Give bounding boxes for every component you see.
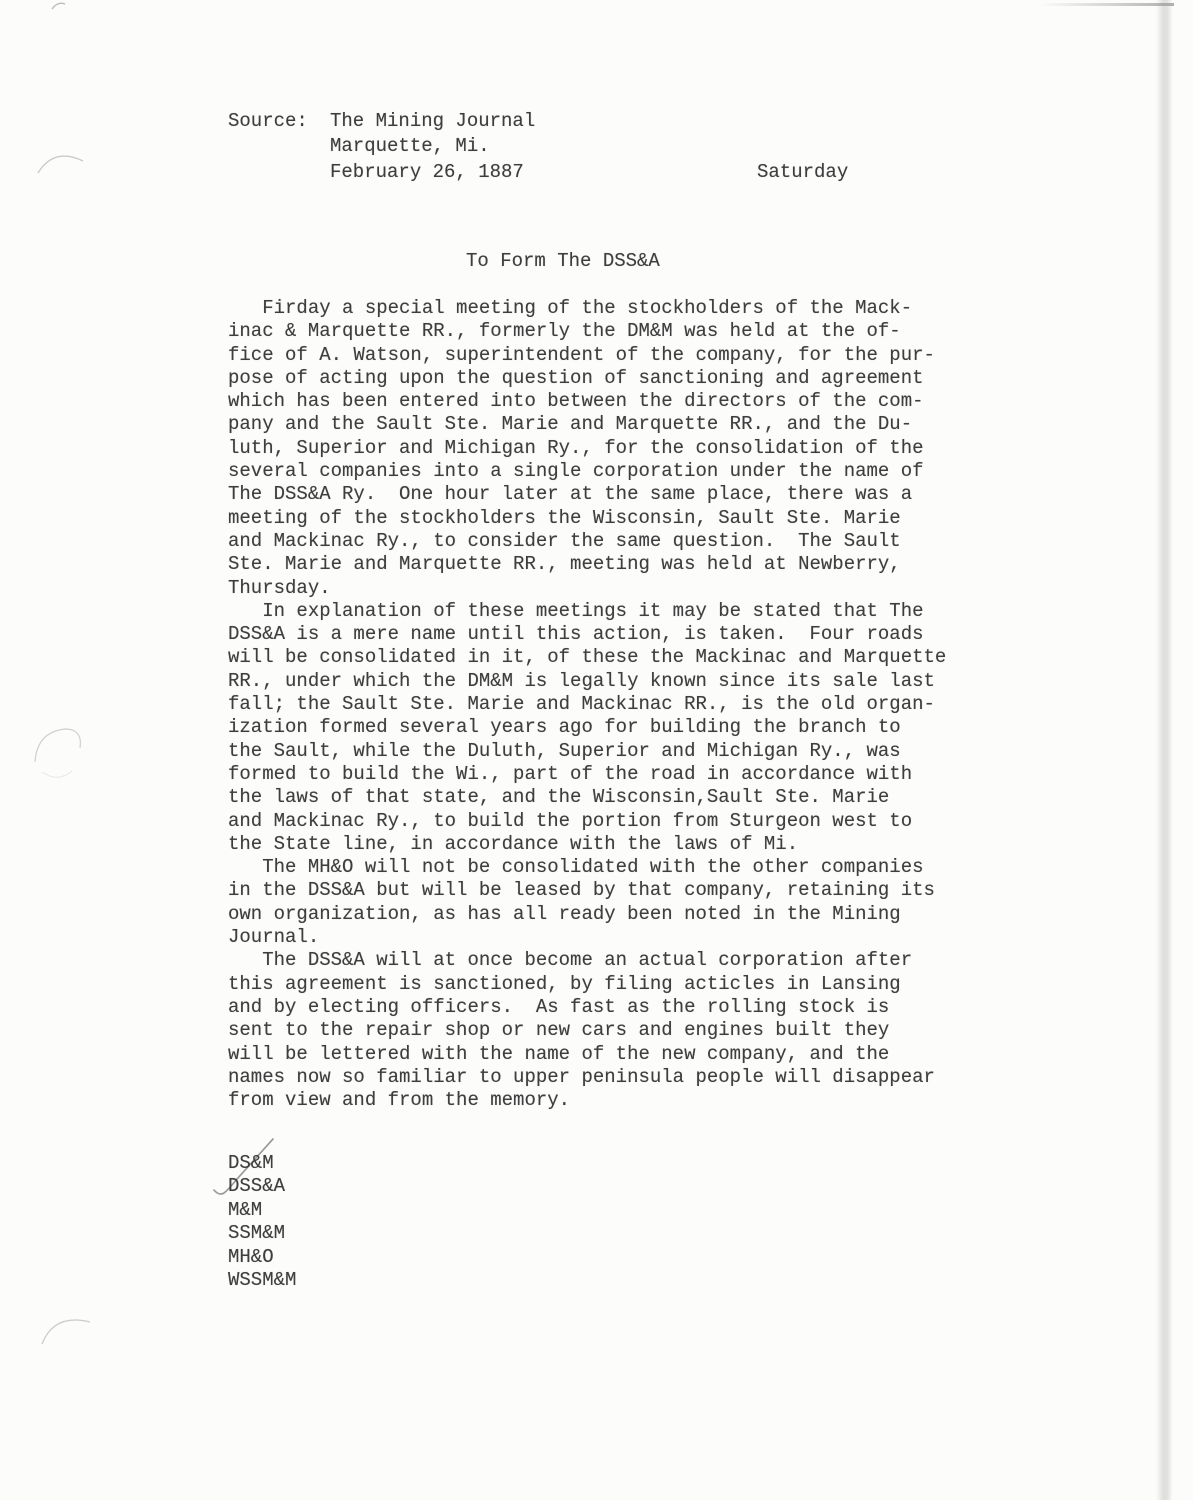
source-label: Source: bbox=[228, 109, 308, 134]
abbreviation-dsm: DS&M bbox=[228, 1152, 296, 1175]
scanned-document-page: Source: The Mining Journal Marquette, Mi… bbox=[0, 0, 1193, 1500]
paragraph-1: Firday a special meeting of the stockhol… bbox=[228, 297, 973, 600]
source-citation: The Mining Journal Marquette, Mi. Februa… bbox=[330, 109, 535, 185]
paragraph-4: The DSS&A will at once become an actual … bbox=[228, 949, 973, 1112]
binder-arc-bottom bbox=[42, 1320, 90, 1344]
scan-edge-line bbox=[1040, 3, 1174, 6]
binder-arc-middle bbox=[35, 729, 80, 762]
article-title: To Form The DSS&A bbox=[466, 249, 660, 274]
article-body: Firday a special meeting of the stockhol… bbox=[228, 297, 973, 1112]
abbreviation-ssmm: SSM&M bbox=[228, 1222, 296, 1245]
abbreviation-mm: M&M bbox=[228, 1199, 296, 1222]
abbreviation-wssmm: WSSM&M bbox=[228, 1269, 296, 1292]
paragraph-2: In explanation of these meetings it may … bbox=[228, 600, 973, 856]
page-edge-shadow bbox=[1156, 0, 1172, 1500]
abbreviation-mho: MH&O bbox=[228, 1246, 296, 1269]
scan-speck bbox=[52, 3, 65, 9]
binder-arc-middle-bottom bbox=[42, 771, 72, 777]
weekday-label: Saturday bbox=[757, 160, 848, 185]
abbreviation-list: DS&M DSS&A M&M SSM&M MH&O WSSM&M bbox=[228, 1152, 296, 1292]
abbreviation-dssa: DSS&A bbox=[228, 1175, 296, 1198]
paragraph-3: The MH&O will not be consolidated with t… bbox=[228, 856, 973, 949]
binder-arc-top bbox=[38, 156, 83, 173]
